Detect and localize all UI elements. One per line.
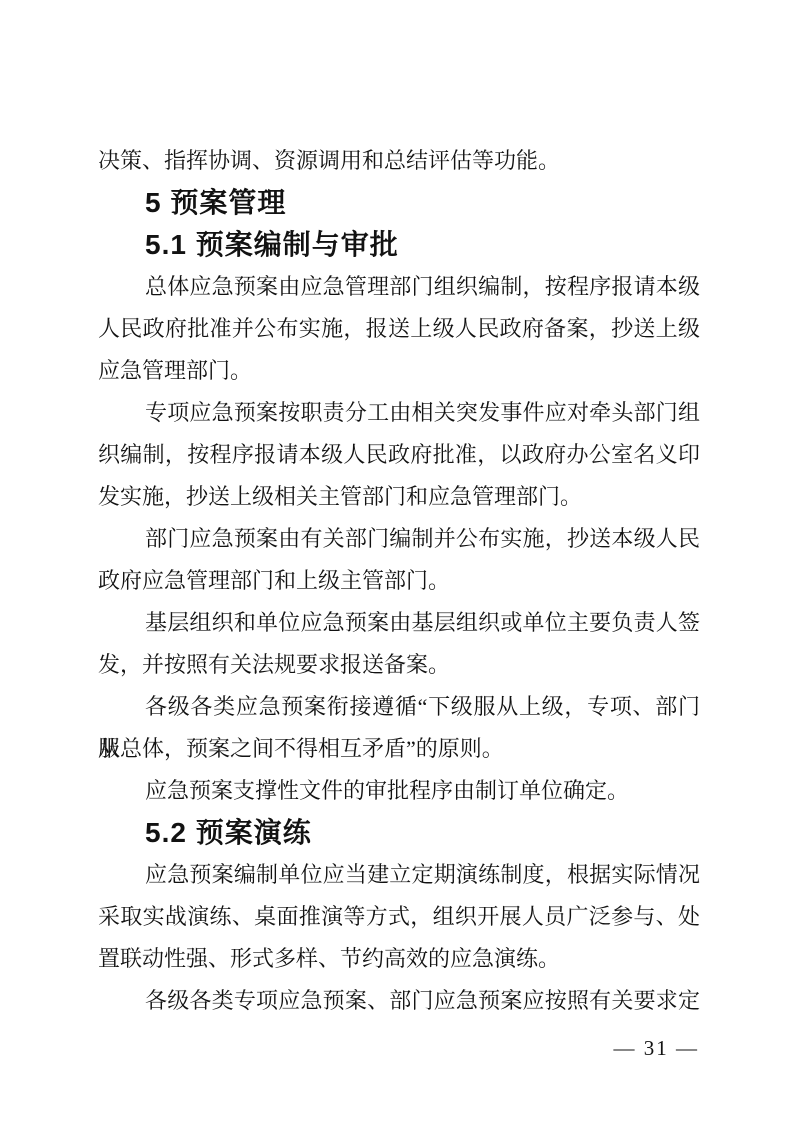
text-line: 应急预案编制单位应当建立定期演练制度，根据实际情况	[98, 854, 700, 896]
text-line: 人民政府批准并公布实施，报送上级人民政府备案，抄送上级	[98, 308, 700, 350]
document-page: 决策、指挥协调、资源调用和总结评估等功能。5 预案管理5.1 预案编制与审批总体…	[0, 0, 793, 1122]
text-line: 基层组织和单位应急预案由基层组织或单位主要负责人签	[98, 602, 700, 644]
section-heading: 5 预案管理	[98, 182, 700, 224]
text-line: 织编制，按程序报请本级人民政府批准，以政府办公室名义印	[98, 434, 700, 476]
document-body: 决策、指挥协调、资源调用和总结评估等功能。5 预案管理5.1 预案编制与审批总体…	[98, 140, 700, 1022]
text-line: 从总体，预案之间不得相互矛盾”的原则。	[98, 728, 700, 770]
text-line: 政府应急管理部门和上级主管部门。	[98, 560, 700, 602]
section-heading: 5.1 预案编制与审批	[98, 224, 700, 266]
text-line: 总体应急预案由应急管理部门组织编制，按程序报请本级	[98, 266, 700, 308]
text-line: 决策、指挥协调、资源调用和总结评估等功能。	[98, 140, 700, 182]
text-line: 置联动性强、形式多样、节约高效的应急演练。	[98, 938, 700, 980]
text-line: 采取实战演练、桌面推演等方式，组织开展人员广泛参与、处	[98, 896, 700, 938]
text-line: 部门应急预案由有关部门编制并公布实施，抄送本级人民	[98, 518, 700, 560]
text-line: 应急预案支撑性文件的审批程序由制订单位确定。	[98, 770, 700, 812]
text-line: 应急管理部门。	[98, 350, 700, 392]
text-line: 发实施，抄送上级相关主管部门和应急管理部门。	[98, 476, 700, 518]
text-line: 专项应急预案按职责分工由相关突发事件应对牵头部门组	[98, 392, 700, 434]
text-line: 各级各类专项应急预案、部门应急预案应按照有关要求定	[98, 980, 700, 1022]
page-number: — 31 —	[614, 1034, 700, 1062]
text-line: 各级各类应急预案衔接遵循“下级服从上级，专项、部门服	[98, 686, 700, 728]
text-line: 发，并按照有关法规要求报送备案。	[98, 644, 700, 686]
section-heading: 5.2 预案演练	[98, 812, 700, 854]
